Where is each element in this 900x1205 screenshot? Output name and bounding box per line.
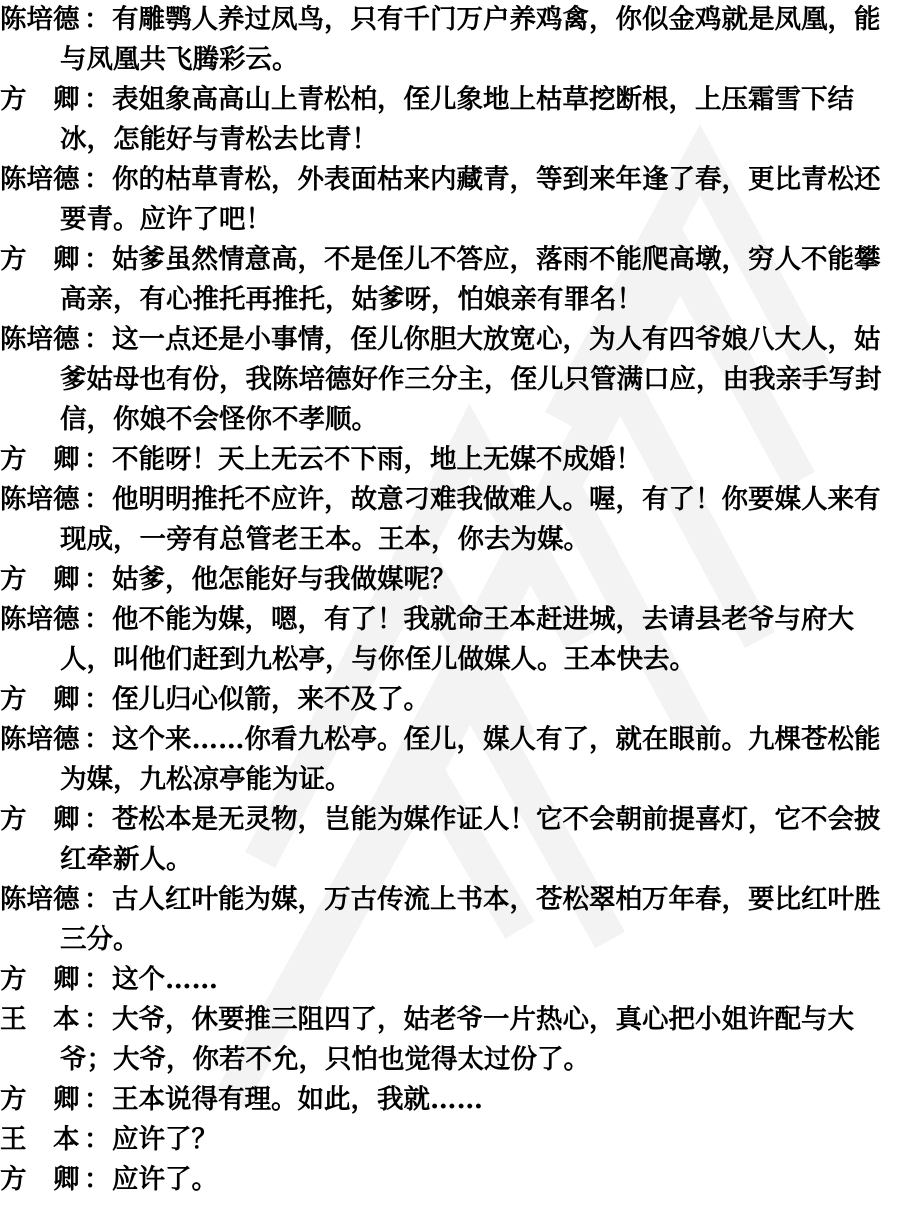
speech-text: 有雕鹗人养过凤鸟，只有千门万户养鸡禽，你似金鸡就是凤凰，能与凤凰共飞腾彩云。: [60, 4, 881, 75]
dialogue-line: 方 卿：姑爹，他怎能好与我做媒呢？: [0, 560, 900, 600]
dialogue-line: 陈培德：这一点还是小事情，侄儿你胆大放宽心，为人有四爷娘八大人，姑爹姑母也有份，…: [0, 320, 900, 440]
speech-text: 不能呀！天上无云不下雨，地上无媒不成婚！: [112, 444, 642, 475]
speech-text: 姑爹虽然情意高，不是侄儿不答应，落雨不能爬高墩，穷人不能攀高亲，有心推托再推托，…: [60, 244, 881, 315]
colon: ：: [84, 320, 112, 360]
speaker-name: 陈培德: [0, 880, 84, 920]
colon: ：: [84, 240, 112, 280]
speech-text: 侄儿归心似箭，来不及了。: [112, 684, 430, 715]
colon: ：: [84, 560, 112, 600]
dialogue-line: 陈培德：他不能为媒，嗯，有了！我就命王本赶进城，去请县老爷与府大人，叫他们赶到九…: [0, 600, 900, 680]
speaker-name: 陈培德: [0, 0, 84, 40]
dialogue-line: 方 卿：应许了。: [0, 1160, 900, 1200]
dialogue-body: 陈培德：有雕鹗人养过凤鸟，只有千门万户养鸡禽，你似金鸡就是凤凰，能与凤凰共飞腾彩…: [0, 0, 900, 1200]
colon: ：: [84, 960, 112, 1000]
colon: ：: [84, 440, 112, 480]
dialogue-line: 陈培德：他明明推托不应许，故意刁难我做难人。喔，有了！你要媒人来有现成，一旁有总…: [0, 480, 900, 560]
dialogue-line: 方 卿：姑爹虽然情意高，不是侄儿不答应，落雨不能爬高墩，穷人不能攀高亲，有心推托…: [0, 240, 900, 320]
colon: ：: [84, 1120, 112, 1160]
colon: ：: [84, 800, 112, 840]
speech-text: 你的枯草青松，外表面枯来内藏青，等到来年逢了春，更比青松还要青。应许了吧！: [60, 164, 881, 235]
dialogue-line: 方 卿：这个……: [0, 960, 900, 1000]
colon: ：: [84, 880, 112, 920]
speaker-name: 陈培德: [0, 320, 84, 360]
speaker-name: 方 卿: [0, 680, 84, 720]
colon: ：: [84, 720, 112, 760]
speech-text: 他明明推托不应许，故意刁难我做难人。喔，有了！你要媒人来有现成，一旁有总管老王本…: [60, 484, 881, 555]
speech-text: 古人红叶能为媒，万古传流上书本，苍松翠柏万年春，要比红叶胜三分。: [60, 884, 881, 955]
speaker-name: 陈培德: [0, 480, 84, 520]
speech-text: 这个来……你看九松亭。侄儿，媒人有了，就在眼前。九棵苍松能为媒，九松凉亭能为证。: [60, 724, 881, 795]
speaker-name: 陈培德: [0, 600, 84, 640]
speech-text: 王本说得有理。如此，我就……: [112, 1084, 483, 1115]
speech-text: 应许了。: [112, 1164, 218, 1195]
script-page: 陈培德：有雕鹗人养过凤鸟，只有千门万户养鸡禽，你似金鸡就是凤凰，能与凤凰共飞腾彩…: [0, 0, 900, 1205]
speech-text: 大爷，休要推三阻四了，姑老爷一片热心，真心把小姐许配与大爷；大爷，你若不允，只怕…: [60, 1004, 854, 1075]
speech-text: 表姐象高高山上青松柏，侄儿象地上枯草挖断根，上压霜雪下结冰，怎能好与青松去比青！: [60, 84, 854, 155]
colon: ：: [84, 80, 112, 120]
colon: ：: [84, 600, 112, 640]
colon: ：: [84, 480, 112, 520]
dialogue-line: 陈培德：有雕鹗人养过凤鸟，只有千门万户养鸡禽，你似金鸡就是凤凰，能与凤凰共飞腾彩…: [0, 0, 900, 80]
speech-text: 姑爹，他怎能好与我做媒呢？: [112, 564, 457, 595]
colon: ：: [84, 1080, 112, 1120]
dialogue-line: 方 卿：表姐象高高山上青松柏，侄儿象地上枯草挖断根，上压霜雪下结冰，怎能好与青松…: [0, 80, 900, 160]
speaker-name: 王 本: [0, 1120, 84, 1160]
colon: ：: [84, 1160, 112, 1200]
speaker-name: 方 卿: [0, 440, 84, 480]
speech-text: 这一点还是小事情，侄儿你胆大放宽心，为人有四爷娘八大人，姑爹姑母也有份，我陈培德…: [60, 324, 882, 435]
dialogue-line: 方 卿：王本说得有理。如此，我就……: [0, 1080, 900, 1120]
speech-text: 苍松本是无灵物，岂能为媒作证人！它不会朝前提喜灯，它不会披红牵新人。: [60, 804, 881, 875]
dialogue-line: 方 卿：侄儿归心似箭，来不及了。: [0, 680, 900, 720]
speaker-name: 陈培德: [0, 720, 84, 760]
speech-text: 这个……: [112, 964, 218, 995]
speaker-name: 方 卿: [0, 800, 84, 840]
speaker-name: 方 卿: [0, 1160, 84, 1200]
speaker-name: 王 本: [0, 1000, 84, 1040]
speaker-name: 方 卿: [0, 560, 84, 600]
dialogue-line: 方 卿：不能呀！天上无云不下雨，地上无媒不成婚！: [0, 440, 900, 480]
speaker-name: 方 卿: [0, 80, 84, 120]
dialogue-line: 陈培德：你的枯草青松，外表面枯来内藏青，等到来年逢了春，更比青松还要青。应许了吧…: [0, 160, 900, 240]
colon: ：: [84, 680, 112, 720]
dialogue-line: 王 本：应许了？: [0, 1120, 900, 1160]
speech-text: 他不能为媒，嗯，有了！我就命王本赶进城，去请县老爷与府大人，叫他们赶到九松亭，与…: [60, 604, 854, 675]
dialogue-line: 陈培德：这个来……你看九松亭。侄儿，媒人有了，就在眼前。九棵苍松能为媒，九松凉亭…: [0, 720, 900, 800]
speech-text: 应许了？: [112, 1124, 218, 1155]
dialogue-line: 陈培德：古人红叶能为媒，万古传流上书本，苍松翠柏万年春，要比红叶胜三分。: [0, 880, 900, 960]
colon: ：: [84, 1000, 112, 1040]
dialogue-line: 王 本：大爷，休要推三阻四了，姑老爷一片热心，真心把小姐许配与大爷；大爷，你若不…: [0, 1000, 900, 1080]
speaker-name: 方 卿: [0, 960, 84, 1000]
speaker-name: 方 卿: [0, 1080, 84, 1120]
speaker-name: 陈培德: [0, 160, 84, 200]
speaker-name: 方 卿: [0, 240, 84, 280]
colon: ：: [84, 0, 112, 40]
dialogue-line: 方 卿：苍松本是无灵物，岂能为媒作证人！它不会朝前提喜灯，它不会披红牵新人。: [0, 800, 900, 880]
colon: ：: [84, 160, 112, 200]
